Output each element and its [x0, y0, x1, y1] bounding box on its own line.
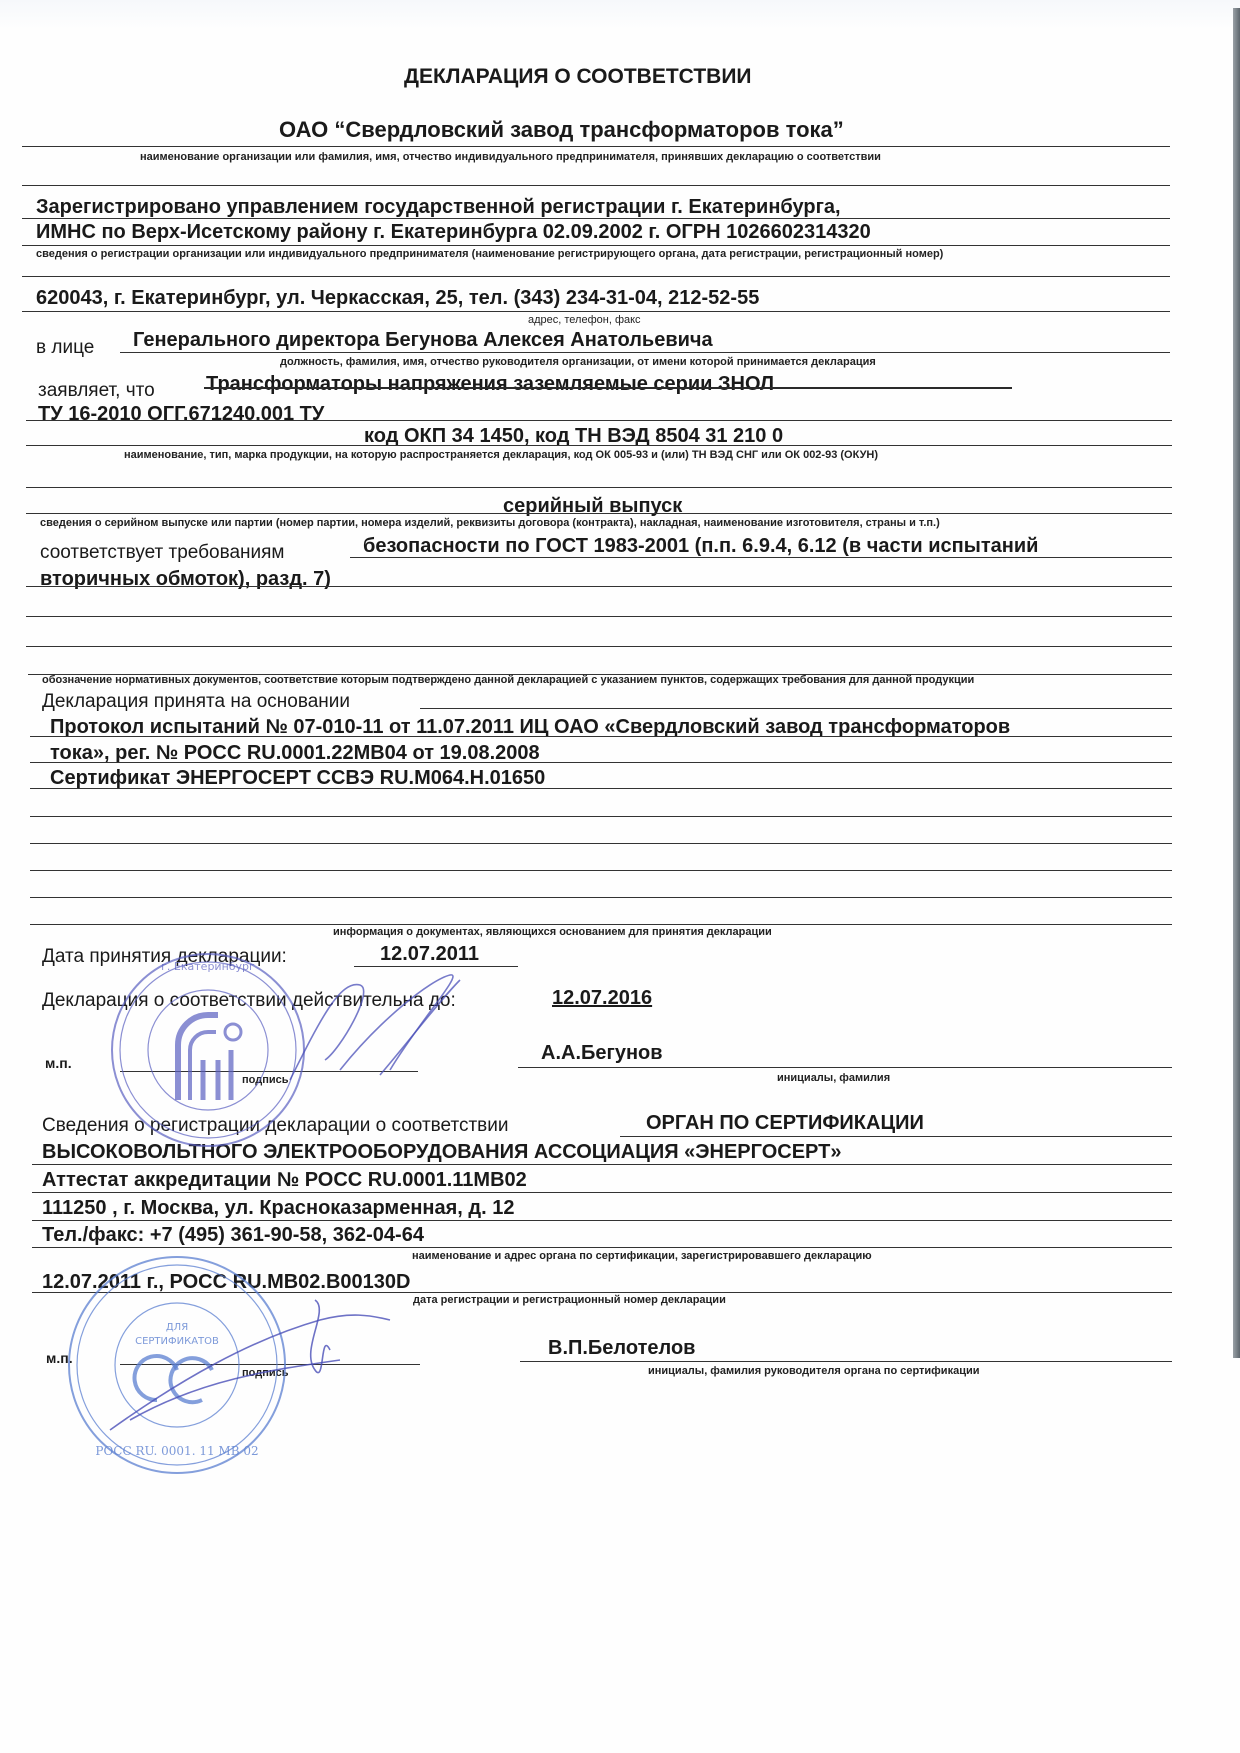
registration-caption: сведения о регистрации организации или и… — [36, 249, 943, 260]
divider — [22, 311, 1170, 312]
cert-body-line-5: Тел./факс: +7 (495) 361-90-58, 362-04-64 — [42, 1225, 424, 1245]
head-line — [520, 1361, 1172, 1362]
address: 620043, г. Екатеринбург, ул. Черкасская,… — [36, 288, 759, 308]
scan-top-shade — [0, 0, 1240, 30]
divider — [22, 146, 1170, 147]
basis-line-2: тока», рег. № РОСС RU.0001.22МВ04 от 19.… — [50, 743, 540, 763]
svg-text:г. Екатеринбург: г. Екатеринбург — [161, 960, 255, 973]
represented-by-caption: должность, фамилия, имя, отчество руково… — [280, 357, 876, 368]
divider — [26, 487, 1172, 488]
requirements-line-1: безопасности по ГОСТ 1983-2001 (п.п. 6.9… — [363, 536, 1038, 556]
divider — [30, 870, 1172, 871]
basis-line-3: Сертификат ЭНЕРГОСЕРТ ССВЭ RU.М064.Н.016… — [50, 768, 545, 788]
divider — [26, 616, 1172, 617]
registration-line-1: Зарегистрировано управлением государстве… — [36, 197, 841, 217]
divider — [30, 788, 1172, 789]
divider — [620, 1136, 1172, 1137]
divider — [32, 1247, 1172, 1248]
product-caption: наименование, тип, марка продукции, на к… — [124, 450, 878, 461]
divider — [26, 445, 1172, 446]
divider — [26, 513, 1172, 514]
divider — [30, 924, 1172, 925]
divider — [22, 185, 1170, 186]
divider — [22, 245, 1170, 246]
signer-name: А.А.Бегунов — [541, 1043, 663, 1063]
divider — [22, 218, 1170, 219]
divider — [26, 646, 1172, 647]
cert-body-line-1: ОРГАН ПО СЕРТИФИКАЦИИ — [646, 1113, 924, 1133]
cert-body-line-4: 111250 , г. Москва, ул. Красноказарменна… — [42, 1198, 514, 1218]
scan-right-edge — [1233, 8, 1240, 1358]
head-caption: инициалы, фамилия руководителя органа по… — [648, 1366, 979, 1377]
seal-label: м.п. — [45, 1056, 72, 1070]
divider — [32, 1192, 1172, 1193]
divider — [120, 352, 1170, 353]
divider — [350, 557, 1172, 558]
signature-ink-2-icon — [100, 1290, 420, 1450]
divider — [30, 897, 1172, 898]
divider — [30, 762, 1172, 763]
basis-line-1: Протокол испытаний № 07-010-11 от 11.07.… — [50, 717, 1010, 737]
represented-by: Генерального директора Бегунова Алексея … — [133, 330, 713, 350]
signer-line — [518, 1067, 1172, 1068]
divider — [420, 708, 1172, 709]
complies-label: соответствует требованиям — [40, 543, 285, 562]
represented-by-label: в лице — [36, 338, 94, 357]
product-spec: ТУ 16-2010 ОГГ.671240.001 ТУ — [38, 404, 324, 424]
signature-ink-icon — [280, 960, 540, 1090]
requirements-caption: обозначение нормативных документов, соот… — [42, 675, 974, 686]
basis-label: Декларация принята на основании — [42, 692, 350, 711]
address-caption: адрес, телефон, факс — [528, 315, 641, 326]
divider — [22, 276, 1170, 277]
divider — [26, 586, 1172, 587]
valid-until-date: 12.07.2016 — [552, 988, 652, 1008]
divider — [32, 1164, 1172, 1165]
organization-caption: наименование организации или фамилия, им… — [140, 152, 881, 163]
product-codes: код ОКП 34 1450, код ТН ВЭД 8504 31 210 … — [364, 426, 783, 446]
batch-caption: сведения о серийном выпуске или партии (… — [40, 518, 940, 529]
document-title: ДЕКЛАРАЦИЯ О СООТВЕТСТВИИ — [404, 66, 752, 87]
cert-body-caption: наименование и адрес органа по сертифика… — [412, 1251, 872, 1262]
divider — [32, 1220, 1172, 1221]
divider — [30, 816, 1172, 817]
head-name: В.П.Белотелов — [548, 1338, 695, 1358]
divider — [30, 843, 1172, 844]
basis-caption: информация о документах, являющихся осно… — [333, 927, 772, 938]
registration-line-2: ИМНС по Верх-Исетскому району г. Екатери… — [36, 222, 871, 242]
divider — [30, 736, 1172, 737]
product-name: Трансформаторы напряжения заземляемые се… — [206, 374, 774, 394]
cert-body-line-3: Аттестат аккредитации № РОСС RU.0001.11М… — [42, 1170, 527, 1190]
document-page: ДЕКЛАРАЦИЯ О СООТВЕТСТВИИ ОАО “Свердловс… — [0, 0, 1240, 1753]
signer-caption: инициалы, фамилия — [777, 1073, 890, 1084]
registration-number-caption: дата регистрации и регистрационный номер… — [413, 1295, 726, 1306]
divider — [26, 420, 1172, 421]
organization-name: ОАО “Свердловский завод трансформаторов … — [279, 119, 844, 141]
declares-label: заявляет, что — [38, 381, 155, 400]
product-underline — [204, 387, 1012, 389]
